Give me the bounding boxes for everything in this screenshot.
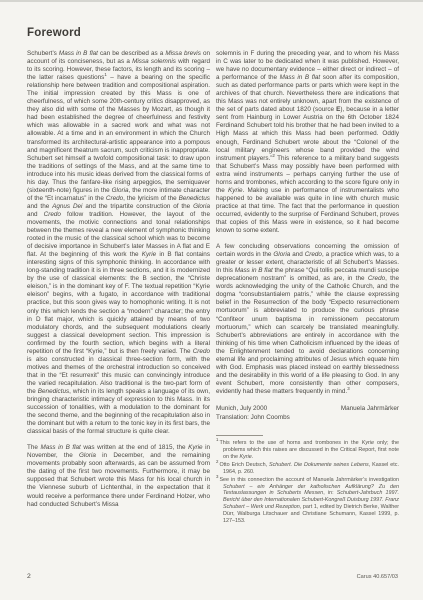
footnote-text: Otto Erich Deutsch, Schubert. Die Dokume… [219,462,399,475]
signature-row: Munich, July 2000 Manuela Jahrmärker [216,405,399,413]
footnote: 3See in this connection the account of M… [216,477,399,525]
page-number: 2 [27,573,31,580]
paragraph-dating: The Mass in B flat was written at the en… [27,444,210,508]
footnote: 1This refers to the use of horns and tro… [216,440,399,461]
text-column-right: solemnis in F during the preceding year,… [216,50,399,526]
footnote: 2Otto Erich Deutsch, Schubert. Die Dokum… [216,462,399,476]
scan-edge [0,0,423,2]
footnote-text: This refers to the use of horns and trom… [219,440,399,460]
footnote-separator [216,435,263,436]
signature-author: Manuela Jahrmärker [341,405,399,413]
footnote-text: See in this connection the account of Ma… [219,477,399,524]
paragraph-text-omissions: A few concluding observations concerning… [216,243,399,396]
catalog-number: Carus 40.657/03 [357,574,398,580]
signature-translation: Translation: John Coombs [216,414,399,422]
paragraph-analysis: Schubert’s Mass in B flat can be describ… [27,50,210,436]
paragraph-performance-history: solemnis in F during the preceding year,… [216,50,399,235]
text-column-left: Schubert’s Mass in B flat can be describ… [27,50,210,517]
page-title: Foreword [27,27,81,39]
foreword-page: Foreword Schubert’s Mass in B flat can b… [0,0,423,600]
signature-place-date: Munich, July 2000 [216,405,267,413]
